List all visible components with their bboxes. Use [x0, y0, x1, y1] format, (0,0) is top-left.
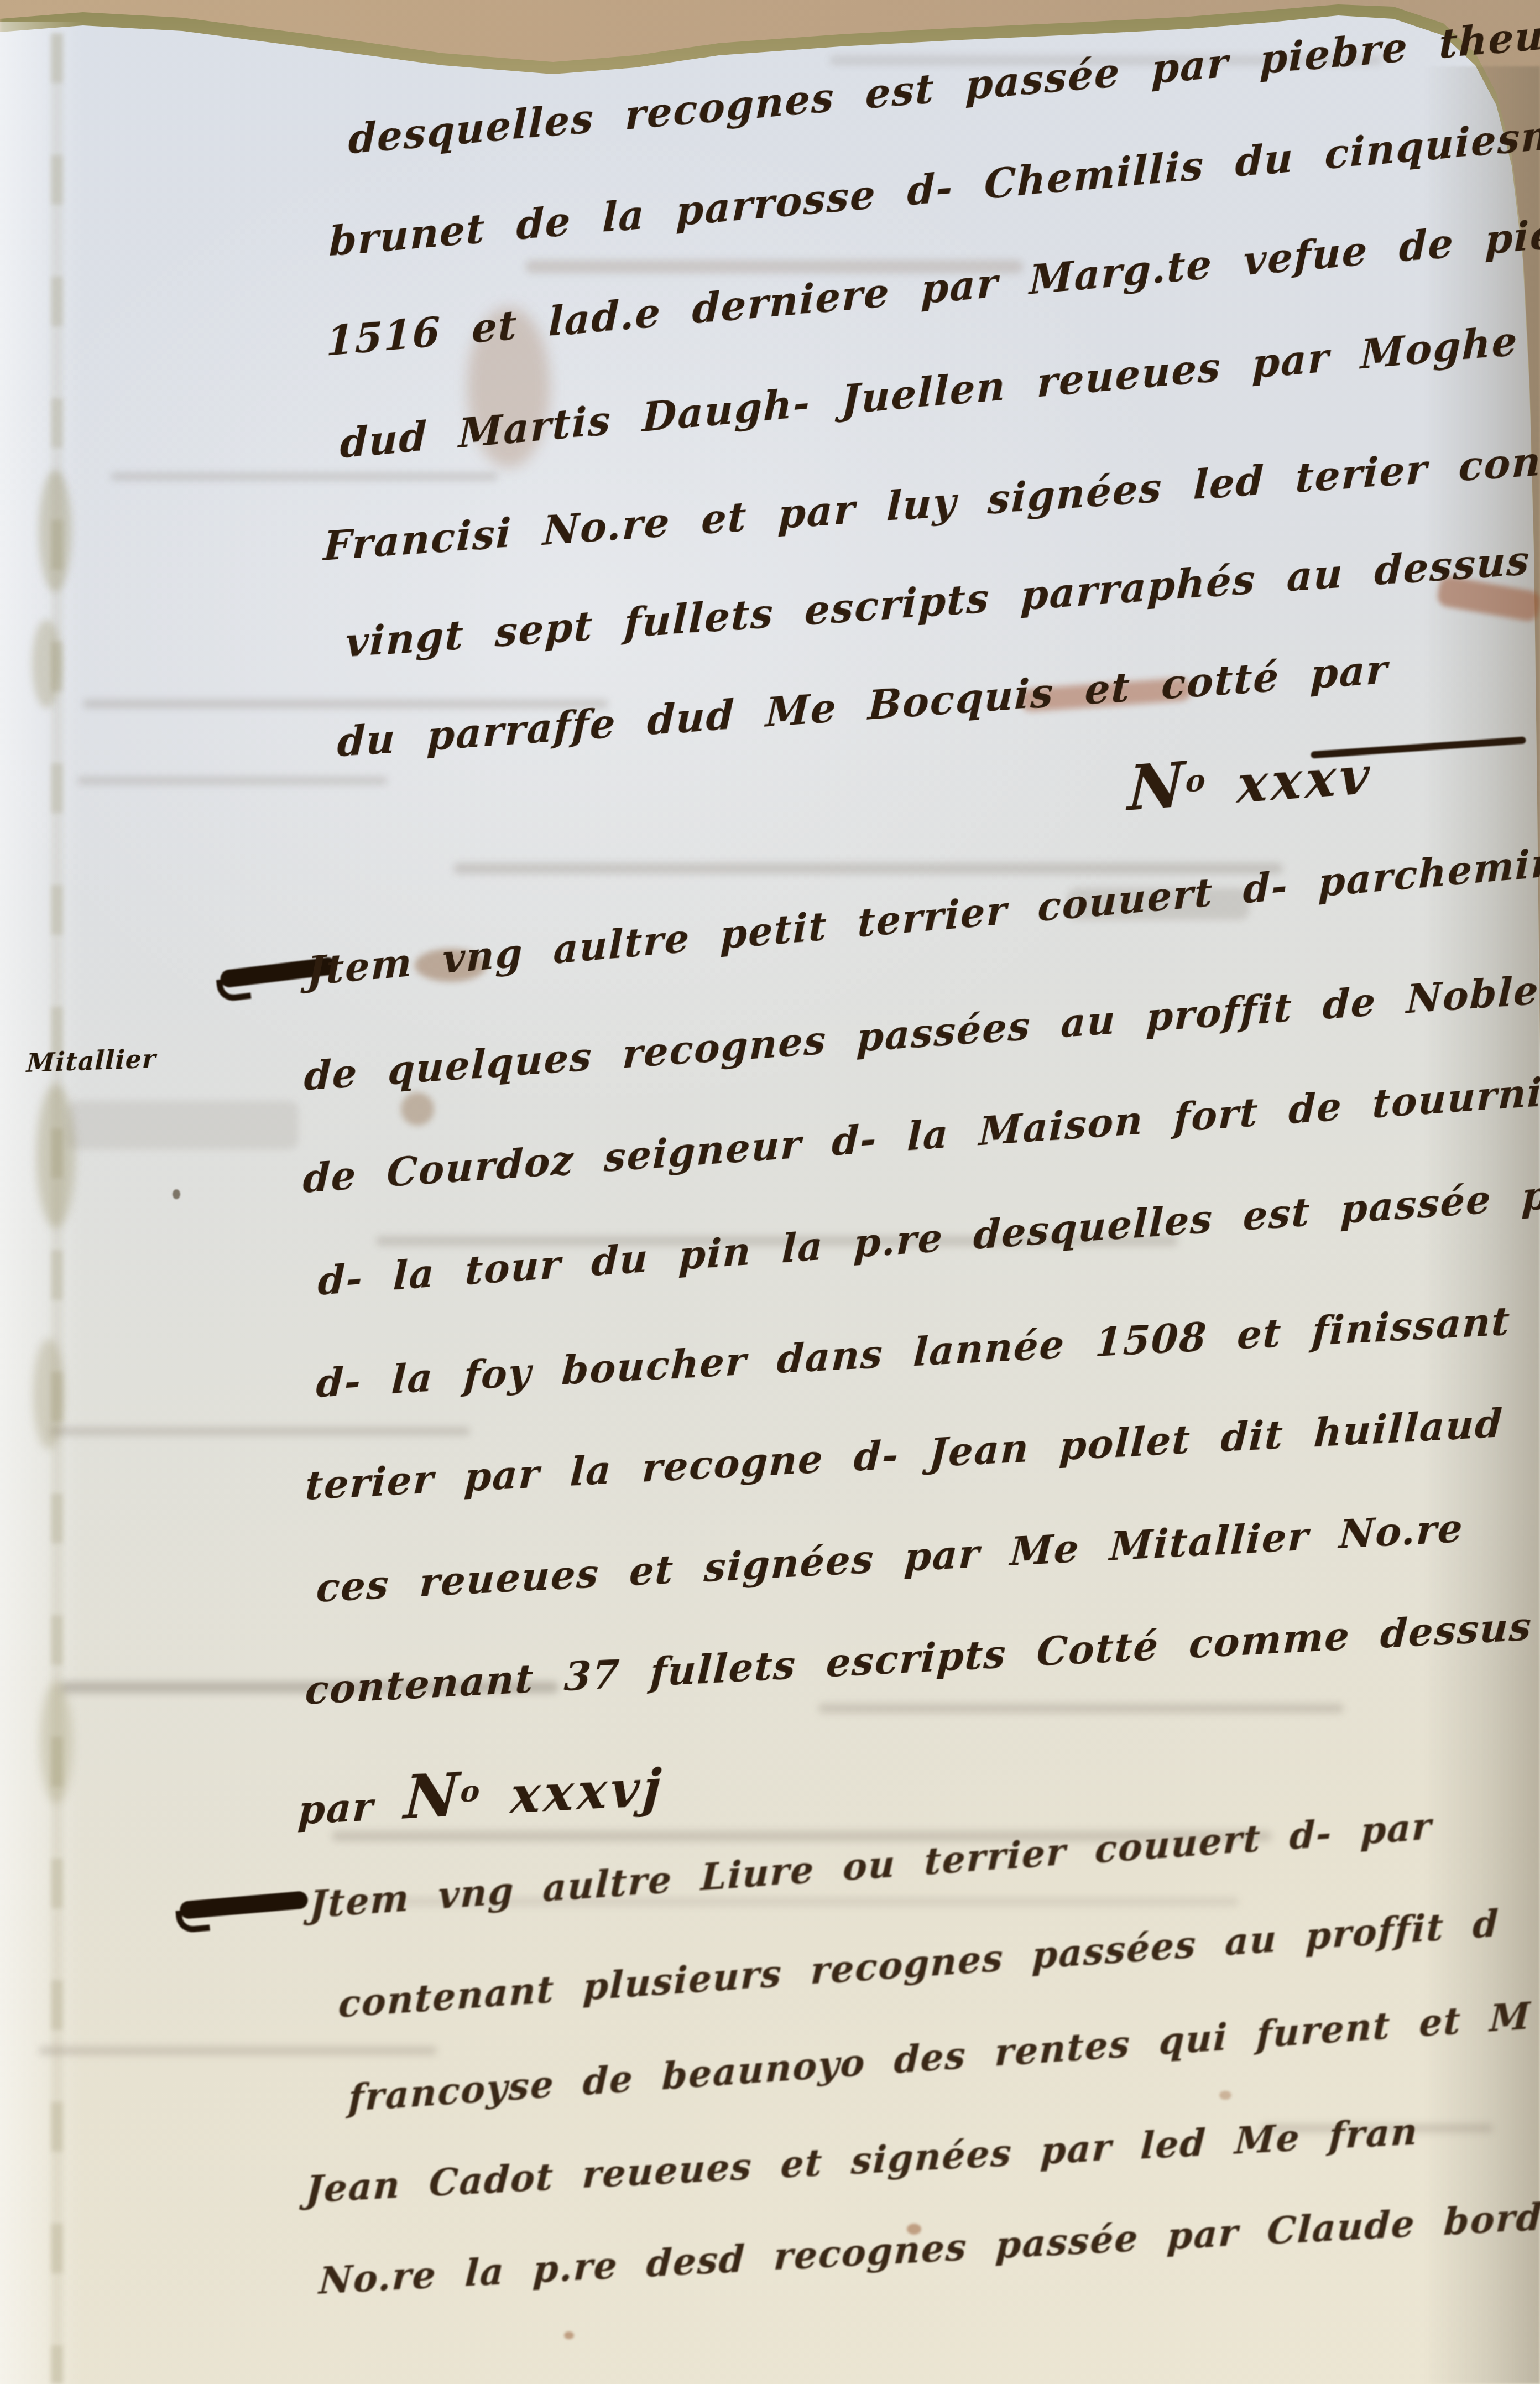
fold-stain — [40, 1682, 73, 1803]
numero-ordinal: o — [1185, 762, 1207, 799]
fold-stain — [33, 1339, 64, 1449]
ink-speck — [173, 1189, 180, 1199]
bleedthrough-line — [77, 777, 387, 784]
rust-dot — [1219, 2091, 1231, 2100]
bleedthrough-line — [50, 1427, 470, 1435]
fold-stain — [32, 620, 61, 708]
rust-dot — [564, 2331, 574, 2339]
numero-letter: N — [1127, 748, 1187, 825]
bleedthrough-line — [453, 863, 1283, 874]
numero-ordinal: o — [460, 1774, 482, 1809]
numero-letter: N — [403, 1758, 462, 1833]
bleedthrough-line — [39, 2047, 437, 2055]
par-word: par — [297, 1783, 375, 1834]
fold-stain — [39, 470, 72, 592]
bleedthrough-line — [818, 1704, 1344, 1713]
roman-numeral: xxxvj — [509, 1758, 666, 1825]
fold-stain — [36, 1084, 75, 1228]
roman-numeral: xxxv — [1236, 745, 1374, 815]
manuscript-photo: Mitallier desquelles recognes est passée… — [0, 0, 1540, 2384]
ink-stain — [401, 1092, 434, 1126]
bleedthrough-blot — [66, 1101, 299, 1149]
margin-note: Mitallier — [26, 1044, 156, 1078]
bleedthrough-line — [111, 473, 498, 480]
